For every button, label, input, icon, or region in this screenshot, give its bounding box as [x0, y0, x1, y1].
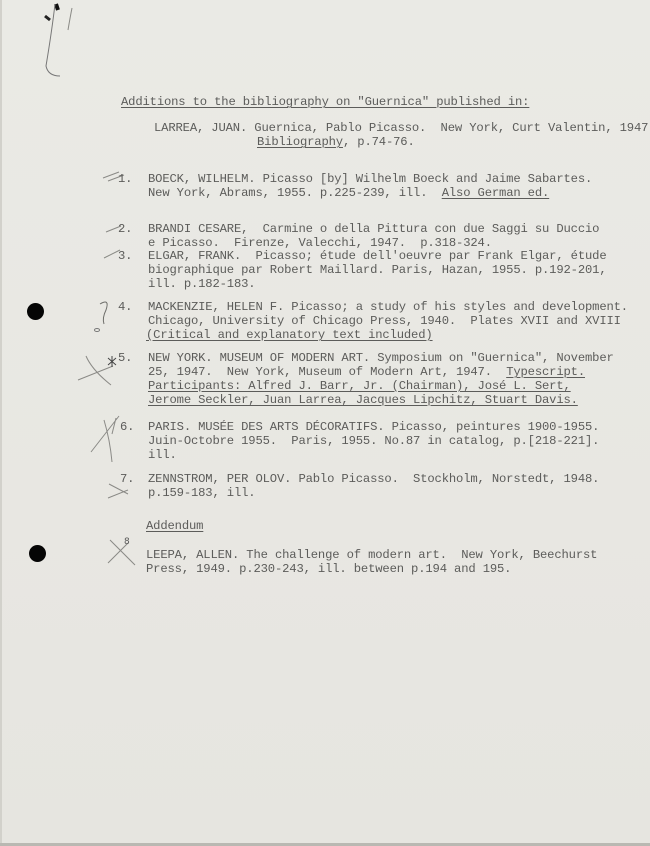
addendum-line: LEEPA, ALLEN. The challenge of modern ar… [146, 548, 597, 562]
entry-5-text: 25, 1947. New York, Museum of Modern Art… [148, 365, 506, 379]
entry-7-line: p.159-183, ill. [148, 486, 255, 500]
entry-5-line: 25, 1947. New York, Museum of Modern Art… [148, 365, 585, 379]
entry-3-line: ELGAR, FRANK. Picasso; étude dell'oeuvre… [148, 249, 606, 263]
entry-2-line: BRANDI CESARE, Carmine o della Pittura c… [148, 222, 599, 236]
entry-number: 2. [118, 222, 132, 236]
entry-3-line: biographique par Robert Maillard. Paris,… [148, 263, 606, 277]
source-pages: , p.74-76. [343, 135, 415, 149]
document-heading: Additions to the bibliography on "Guerni… [121, 95, 529, 109]
entry-4-line: MACKENZIE, HELEN F. Picasso; a study of … [148, 300, 628, 314]
entry-5-participants: Jerome Seckler, Juan Larrea, Jacques Lip… [148, 393, 578, 407]
entry-number: 1. [118, 172, 132, 186]
entry-6-line: ill. [148, 448, 177, 462]
entry-number: 5. [118, 351, 132, 365]
svg-text:8: 8 [124, 537, 130, 547]
entry-1-line: BOECK, WILHELM. Picasso [by] Wilhelm Boe… [148, 172, 592, 186]
source-bibliography-label: Bibliography [257, 135, 343, 149]
entry-4-line: Chicago, University of Chicago Press, 19… [148, 314, 621, 328]
entry-number: 7. [120, 472, 134, 486]
entry-5-participants: Participants: Alfred J. Barr, Jr. (Chair… [148, 379, 571, 393]
source-citation-line1: LARREA, JUAN. Guernica, Pablo Picasso. N… [154, 121, 650, 135]
entry-1-text: New York, Abrams, 1955. p.225-239, ill. [148, 186, 442, 200]
entry-5-typescript: Typescript. [506, 365, 585, 379]
addendum-heading: Addendum [146, 519, 203, 533]
entry-7-line: ZENNSTROM, PER OLOV. Pablo Picasso. Stoc… [148, 472, 599, 486]
addendum-line: Press, 1949. p.230-243, ill. between p.1… [146, 562, 511, 576]
entry-1-note: Also German ed. [442, 186, 549, 200]
entry-1-line: New York, Abrams, 1955. p.225-239, ill. … [148, 186, 549, 200]
entry-number: 6. [120, 420, 134, 434]
entry-number: 4. [118, 300, 132, 314]
entry-3-line: ill. p.182-183. [148, 277, 255, 291]
entry-4-note: (Critical and explanatory text included) [146, 328, 433, 342]
entry-number: 3. [118, 249, 132, 263]
entry-6-line: Juin-Octobre 1955. Paris, 1955. No.87 in… [148, 434, 599, 448]
entry-2-line: e Picasso. Firenze, Valecchi, 1947. p.31… [148, 236, 492, 250]
entry-6-line: PARIS. MUSÉE DES ARTS DÉCORATIFS. Picass… [148, 420, 599, 434]
entry-5-line: NEW YORK. MUSEUM OF MODERN ART. Symposiu… [148, 351, 614, 365]
source-citation-line2: Bibliography, p.74-76. [257, 135, 415, 149]
document-page: 8 Additions to the bibliography on "Guer… [0, 0, 650, 846]
